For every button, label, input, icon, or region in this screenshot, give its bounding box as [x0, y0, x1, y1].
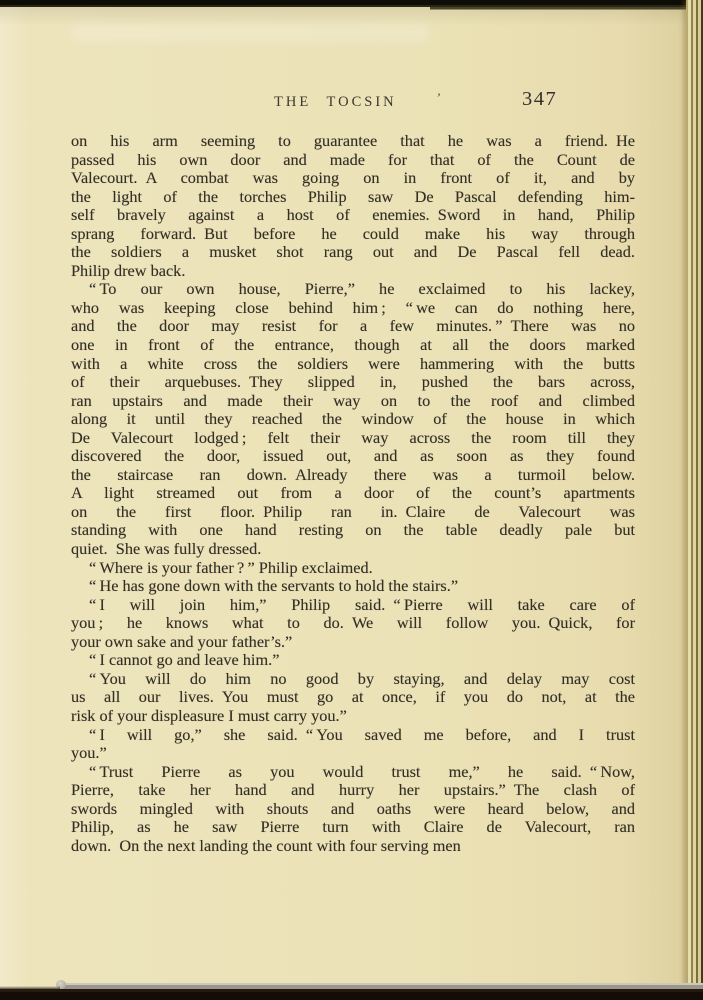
text-line: self bravely against a host of enemies. … — [71, 206, 635, 225]
text-line: and the door may resist for a few minute… — [71, 317, 635, 336]
book-top-edge-shadow — [430, 7, 703, 10]
text-line: quiet. She was fully dressed. — [71, 540, 635, 559]
text-line: the staircase ran down. Already there wa… — [71, 466, 635, 485]
text-line: “ You will do him no good by staying, an… — [71, 670, 635, 689]
text-line: “ To our own house, Pierre,” he exclaime… — [71, 280, 635, 299]
text-line: Pierre, take her hand and hurry her upst… — [71, 781, 635, 800]
text-line: standing with one hand resting on the ta… — [71, 521, 635, 540]
page-number: 347 — [522, 88, 557, 111]
book-bottom-edge — [0, 989, 703, 1000]
text-line: passed his own door and made for that of… — [71, 151, 635, 170]
body-text: on his arm seeming to guarantee that he … — [71, 132, 635, 855]
page-edge-stack — [686, 0, 703, 1000]
running-title: THE TOCSIN — [274, 94, 397, 111]
text-line: discovered the door, issued out, and as … — [71, 447, 635, 466]
text-line: on his arm seeming to guarantee that he … — [71, 132, 635, 151]
text-line: with a white cross the soldiers were ham… — [71, 355, 635, 374]
text-line: risk of your displeasure I must carry yo… — [71, 707, 635, 726]
text-line: Philip drew back. — [71, 262, 635, 281]
book-top-edge — [0, 0, 703, 7]
text-line: Philip, as he saw Pierre turn with Clair… — [71, 818, 635, 837]
stray-ink-mark: ’ — [434, 90, 442, 107]
text-line: De Valecourt lodged ; felt their way acr… — [71, 429, 635, 448]
text-line: of their arquebuses. They slipped in, pu… — [71, 373, 635, 392]
text-line: us all our lives. You must go at once, i… — [71, 688, 635, 707]
text-line: sprang forward. But before he could make… — [71, 225, 635, 244]
text-line: “ I cannot go and leave him.” — [71, 651, 635, 670]
text-line: “ Where is your father ? ” Philip exclai… — [71, 559, 635, 578]
text-line: one in front of the entrance, though at … — [71, 336, 635, 355]
text-line: who was keeping close behind him ; “ we … — [71, 299, 635, 318]
text-line: you ; he knows what to do. We will follo… — [71, 614, 635, 633]
text-line: A light streamed out from a door of the … — [71, 484, 635, 503]
text-line: swords mingled with shouts and oaths wer… — [71, 800, 635, 819]
text-line: “ Trust Pierre as you would trust me,” h… — [71, 763, 635, 782]
text-line: ran upstairs and made their way on to th… — [71, 392, 635, 411]
text-line: your own sake and your father’s.” — [71, 633, 635, 652]
book-page-scan: THE TOCSIN ’ 347 on his arm seeming to g… — [0, 0, 703, 1000]
text-line: down. On the next landing the count with… — [71, 837, 635, 856]
text-line: “ I will join him,” Philip said. “ Pierr… — [71, 596, 635, 615]
text-line: you.” — [71, 744, 635, 763]
text-line: along it until they reached the window o… — [71, 410, 635, 429]
text-line: on the first floor. Philip ran in. Clair… — [71, 503, 635, 522]
text-line: “ He has gone down with the servants to … — [71, 577, 635, 596]
text-line: the light of the torches Philip saw De P… — [71, 188, 635, 207]
text-line: the soldiers a musket shot rang out and … — [71, 243, 635, 262]
scan-light-band — [70, 24, 430, 42]
text-line: Valecourt. A combat was going on in fron… — [71, 169, 635, 188]
text-line: “ I will go,” she said. “ You saved me b… — [71, 726, 635, 745]
